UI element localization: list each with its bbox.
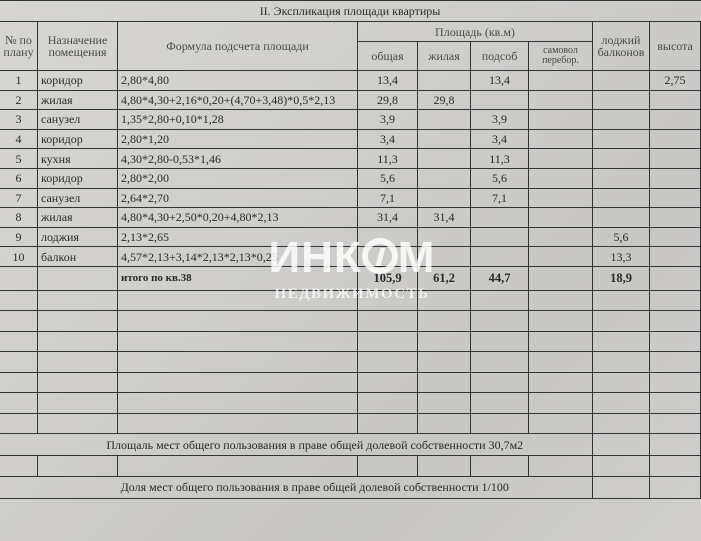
area-loggia xyxy=(593,168,650,188)
table-title: II. Экспликация площади квартиры xyxy=(0,1,701,22)
room-height xyxy=(650,90,701,110)
total-loggia: 18,9 xyxy=(593,266,650,290)
empty-row xyxy=(0,413,701,434)
total-row: итого по кв.38 105,9 61,2 44,7 18,9 xyxy=(0,266,701,290)
area-living xyxy=(418,188,471,208)
area-total: 11,3 xyxy=(358,149,418,169)
area-aux: 3,9 xyxy=(471,110,529,130)
area-self-replan xyxy=(529,129,593,149)
area-aux xyxy=(471,227,529,247)
area-living: 31,4 xyxy=(418,208,471,228)
area-living xyxy=(418,71,471,91)
total-area: 105,9 xyxy=(358,266,418,290)
plan-no: 9 xyxy=(0,227,38,247)
room-height xyxy=(650,188,701,208)
plan-no: 6 xyxy=(0,168,38,188)
empty-row xyxy=(0,456,701,477)
area-aux: 13,4 xyxy=(471,71,529,91)
table-row: 9лоджия2,13*2,655,6 xyxy=(0,227,701,247)
header-plan-no: № по плану xyxy=(0,22,38,71)
plan-no: 2 xyxy=(0,90,38,110)
area-formula: 2,80*1,20 xyxy=(118,129,358,149)
room-purpose: кухня xyxy=(38,149,118,169)
room-purpose: коридор xyxy=(38,129,118,149)
plan-no: 10 xyxy=(0,247,38,267)
table-row: 8жилая4,80*4,30+2,50*0,20+4,80*2,1331,43… xyxy=(0,208,701,228)
area-total: 5,6 xyxy=(358,168,418,188)
area-loggia xyxy=(593,149,650,169)
plan-no: 8 xyxy=(0,208,38,228)
room-height xyxy=(650,208,701,228)
room-height xyxy=(650,129,701,149)
area-total: 13,4 xyxy=(358,71,418,91)
common-share-note: Доля мест общего пользования в праве общ… xyxy=(38,476,593,498)
table-row: 6коридор2,80*2,005,65,6 xyxy=(0,168,701,188)
room-height xyxy=(650,168,701,188)
room-purpose: санузел xyxy=(38,188,118,208)
area-living xyxy=(418,149,471,169)
area-formula: 2,80*2,00 xyxy=(118,168,358,188)
table-row: 5кухня4,30*2,80-0,53*1,4611,311,3 xyxy=(0,149,701,169)
empty-rows xyxy=(0,290,701,434)
area-loggia xyxy=(593,188,650,208)
area-living xyxy=(418,247,471,267)
area-formula: 2,80*4,80 xyxy=(118,71,358,91)
area-loggia xyxy=(593,90,650,110)
area-formula: 2,13*2,65 xyxy=(118,227,358,247)
area-formula: 2,64*2,70 xyxy=(118,188,358,208)
common-area-note: Площаль мест общего пользования в праве … xyxy=(38,434,593,456)
area-living xyxy=(418,110,471,130)
total-label: итого по кв.38 xyxy=(118,266,358,290)
area-living xyxy=(418,129,471,149)
header-height: высота xyxy=(650,22,701,71)
room-purpose: санузел xyxy=(38,110,118,130)
total-aux: 44,7 xyxy=(471,266,529,290)
area-total: 3,9 xyxy=(358,110,418,130)
table-row: 4коридор2,80*1,203,43,4 xyxy=(0,129,701,149)
area-aux: 5,6 xyxy=(471,168,529,188)
room-purpose: коридор xyxy=(38,71,118,91)
area-aux xyxy=(471,90,529,110)
header-self-replan: самовол перебор. xyxy=(529,42,593,71)
empty-row xyxy=(0,372,701,393)
empty-row xyxy=(0,331,701,352)
area-living: 29,8 xyxy=(418,90,471,110)
room-purpose: жилая xyxy=(38,90,118,110)
empty-row xyxy=(0,393,701,414)
plan-no: 3 xyxy=(0,110,38,130)
table-row: 2жилая4,80*4,30+2,16*0,20+(4,70+3,48)*0,… xyxy=(0,90,701,110)
area-self-replan xyxy=(529,168,593,188)
room-height xyxy=(650,149,701,169)
header-living: жилая xyxy=(418,42,471,71)
empty-row xyxy=(0,311,701,332)
room-purpose: жилая xyxy=(38,208,118,228)
table-rows: 1коридор2,80*4,8013,413,42,752жилая4,80*… xyxy=(0,71,701,267)
area-self-replan xyxy=(529,247,593,267)
document-page: II. Экспликация площади квартиры № по пл… xyxy=(0,0,701,541)
area-loggia: 5,6 xyxy=(593,227,650,247)
plan-no: 7 xyxy=(0,188,38,208)
room-purpose: балкон xyxy=(38,247,118,267)
area-formula: 1,35*2,80+0,10*1,28 xyxy=(118,110,358,130)
area-aux: 3,4 xyxy=(471,129,529,149)
area-aux: 7,1 xyxy=(471,188,529,208)
area-total: 3,4 xyxy=(358,129,418,149)
room-height: 2,75 xyxy=(650,71,701,91)
empty-row xyxy=(0,352,701,373)
area-formula: 4,30*2,80-0,53*1,46 xyxy=(118,149,358,169)
common-share-row: Доля мест общего пользования в праве общ… xyxy=(0,476,701,498)
area-total xyxy=(358,227,418,247)
header-loggia-balcony: лоджий балконов xyxy=(593,22,650,71)
area-total: 7,1 xyxy=(358,188,418,208)
area-self-replan xyxy=(529,71,593,91)
plan-no: 1 xyxy=(0,71,38,91)
room-purpose: лоджия xyxy=(38,227,118,247)
room-height xyxy=(650,247,701,267)
area-aux xyxy=(471,247,529,267)
table-row: 1коридор2,80*4,8013,413,42,75 xyxy=(0,71,701,91)
area-formula: 4,80*4,30+2,50*0,20+4,80*2,13 xyxy=(118,208,358,228)
area-total: 31,4 xyxy=(358,208,418,228)
table-row: 3санузел1,35*2,80+0,10*1,283,93,9 xyxy=(0,110,701,130)
plan-no: 5 xyxy=(0,149,38,169)
header-total: общая xyxy=(358,42,418,71)
area-self-replan xyxy=(529,149,593,169)
room-height xyxy=(650,110,701,130)
common-area-row: Площаль мест общего пользования в праве … xyxy=(0,434,701,456)
area-self-replan xyxy=(529,90,593,110)
area-loggia xyxy=(593,129,650,149)
header-formula: Формула подсчета площади xyxy=(118,22,358,71)
area-loggia xyxy=(593,71,650,91)
area-aux xyxy=(471,208,529,228)
area-loggia xyxy=(593,110,650,130)
total-living: 61,2 xyxy=(418,266,471,290)
area-self-replan xyxy=(529,227,593,247)
total-self-replan xyxy=(529,266,593,290)
empty-row xyxy=(0,290,701,311)
header-area-group: Площадь (кв.м) xyxy=(358,22,593,42)
room-purpose: коридор xyxy=(38,168,118,188)
area-loggia: 13,3 xyxy=(593,247,650,267)
area-loggia xyxy=(593,208,650,228)
area-self-replan xyxy=(529,188,593,208)
room-height xyxy=(650,227,701,247)
area-living xyxy=(418,227,471,247)
area-total xyxy=(358,247,418,267)
header-purpose: Назначение помещения xyxy=(38,22,118,71)
table-row: 7санузел2,64*2,707,17,1 xyxy=(0,188,701,208)
area-self-replan xyxy=(529,110,593,130)
area-formula: 4,80*4,30+2,16*0,20+(4,70+3,48)*0,5*2,13 xyxy=(118,90,358,110)
explication-table: II. Экспликация площади квартиры № по пл… xyxy=(0,0,701,499)
header-auxiliary: подсоб xyxy=(471,42,529,71)
plan-no: 4 xyxy=(0,129,38,149)
area-self-replan xyxy=(529,208,593,228)
area-living xyxy=(418,168,471,188)
total-height xyxy=(650,266,701,290)
table-row: 10балкон4,57*2,13+3,14*2,13*2,13*0,2513,… xyxy=(0,247,701,267)
area-total: 29,8 xyxy=(358,90,418,110)
area-aux: 11,3 xyxy=(471,149,529,169)
area-formula: 4,57*2,13+3,14*2,13*2,13*0,25 xyxy=(118,247,358,267)
